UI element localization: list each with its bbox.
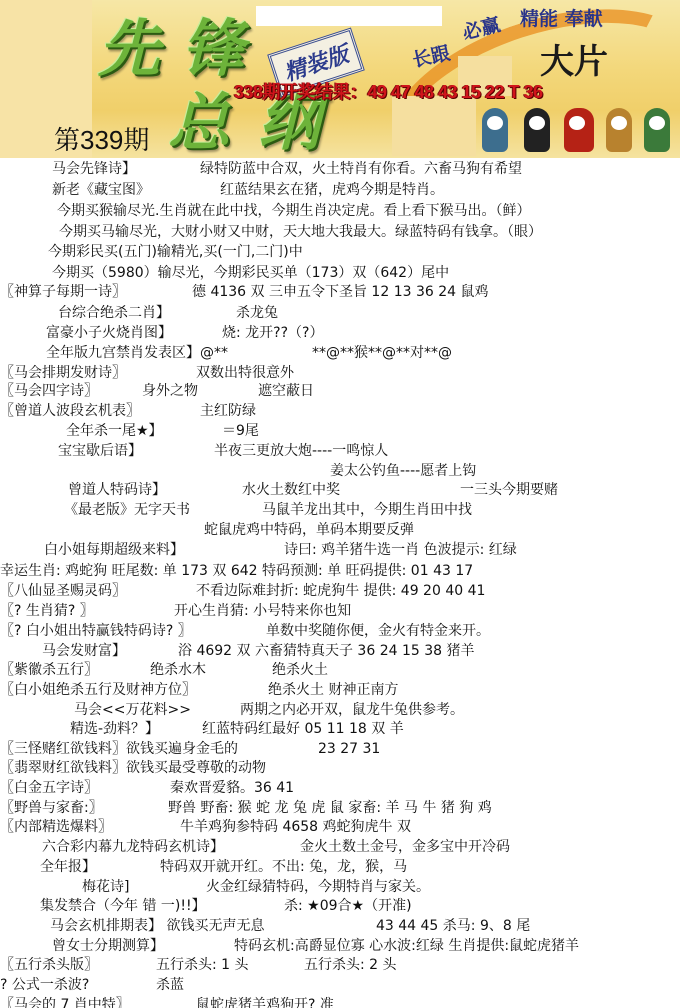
line-label: 〖神算子每期一诗〗 — [0, 283, 126, 301]
line-label: 今期买（5980）输尽光，今期彩民买单（173）双（642）尾中 — [52, 264, 449, 282]
title-char-zong: 总 — [168, 92, 230, 154]
line-label: 全年报】 — [40, 858, 96, 876]
line-value: 一三头今期要赌 — [460, 481, 558, 499]
line-value: 绿特防蓝中合双，火土特肖有你看。六畜马狗有希望 — [200, 160, 522, 178]
line-label: 六合彩内幕九龙特码玄机诗】 — [42, 838, 224, 856]
line-label: 全年杀一尾★】 — [66, 422, 163, 440]
mascot-red — [564, 108, 594, 152]
line-label: 〖白小姐绝杀五行及财神方位〗 — [0, 681, 196, 699]
line-value: 双数出特很意外 — [196, 364, 294, 382]
line-label: 马会发财富】 — [42, 642, 126, 660]
issue-number: 第339期 — [54, 120, 149, 157]
line-value: 诗曰: 鸡羊猪牛选一肖 色波提示: 红绿 — [284, 541, 517, 559]
line-label: 幸运生肖: 鸡蛇狗 旺尾数: 单 173 双 642 特码预测: 单 旺码提供:… — [0, 562, 473, 580]
line-label: 〖? 白小姐出特赢钱特码诗? 〗 — [0, 622, 192, 640]
line-label: 〖三怪赌红欲钱料〗欲钱买遍身金毛的 — [0, 740, 238, 758]
line-label: 今期买猴输尽光.生肖就在此中找，今期生肖决定虎。看上看下猴马出。（鲜） — [57, 202, 530, 220]
line-label: 〖八仙显圣赐灵码〗 — [0, 582, 126, 600]
line-value: **@**猴**@**对**@ — [312, 344, 452, 362]
line-value: 火金红绿猜特码，今期特肖与家关。 — [206, 878, 430, 896]
line-label: 〖五行杀头版〗 — [0, 956, 98, 974]
line-value: 烧: 龙开??（?） — [222, 324, 323, 342]
line-value: 绝杀水木 — [150, 661, 206, 679]
line-value: 红蓝结果玄在猪，虎鸡今期是特肖。 — [220, 181, 444, 199]
line-label: 曾道人特码诗】 — [68, 481, 166, 499]
header-banner: 先 锋 总 纲 精装版 长跟 必赢 精能 奉献 大片 第339期 338期开奖结… — [0, 0, 680, 158]
mascot-black — [524, 108, 550, 152]
line-label: 台综合绝杀二肖】 — [58, 304, 170, 322]
line-label: 〖曾道人波段玄机表〗 — [0, 402, 140, 420]
line-value: 开心生肖猜: 小号特来你也知 — [174, 602, 351, 620]
line-label: 全年版九宫禁肖发表区】@** — [46, 344, 228, 362]
mascot-blue — [482, 108, 508, 152]
line-value: 两期之内必开双，鼠龙牛兔供参考。 — [240, 701, 464, 719]
banner-white-block — [256, 6, 442, 26]
line-value: 杀蓝 — [156, 976, 184, 994]
line-value: 不看边际难封折: 蛇虎狗牛 提供: 49 20 40 41 — [196, 582, 485, 600]
mascot-green — [644, 108, 670, 152]
line-label: 〖马会排期发财诗〗 — [0, 364, 126, 382]
line-label: 〖内部精选爆料〗 — [0, 818, 112, 836]
line-value: 单数中奖随你便，金火有特金来开。 — [266, 622, 490, 640]
line-label: 精选-劲料？】 — [70, 720, 159, 738]
title-char-feng: 锋 — [182, 18, 244, 80]
line-label: 〖紫徽杀五行〗 — [0, 661, 98, 679]
draw-result: 338期开奖结果：49 47 48 43 15 22 T 36 — [234, 78, 543, 104]
line-value: 浴 4692 双 六畜猜特真天子 36 24 15 38 猪羊 — [178, 642, 475, 660]
line-value: 德 4136 双 三申五令下圣旨 12 13 36 24 鼠鸡 — [192, 283, 489, 301]
line-value: 23 27 31 — [318, 740, 380, 758]
line-label: 〖? 生肖猜? 〗 — [0, 602, 94, 620]
line-label: 马会<<万花料>> — [74, 701, 191, 719]
line-label: 曾女士分期测算】 — [52, 937, 164, 955]
title-char-xian: 先 — [98, 18, 160, 80]
banner-pale-block-lower — [392, 96, 476, 156]
line-label: 梅花诗] — [82, 878, 129, 896]
line-value: 主红防绿 — [200, 402, 256, 420]
slogan-jingneng-fengxian: 精能 奉献 — [520, 4, 603, 31]
line-value: 杀龙兔 — [236, 304, 278, 322]
line-value: 43 44 45 杀马: 9、8 尾 — [376, 917, 530, 935]
line-label: 蛇鼠虎鸡中特码，单码本期要反弹 — [204, 521, 414, 539]
slogan-dapian: 大片 — [540, 34, 608, 83]
line-value: 遮空蔽日 — [258, 382, 314, 400]
line-label: 马会玄机排期表】 欲钱买无声无息 — [50, 917, 264, 935]
line-label: 今期买马输尽光，大财小财又中财，天大地大我最大。绿蓝特码有钱拿。（眼） — [59, 223, 542, 241]
line-value: 鼠蛇虎猪羊鸡狗开? 准 — [196, 996, 334, 1008]
line-value: 五行杀头: 1 头 — [156, 956, 249, 974]
line-label: 《最老版》无字天书 — [64, 501, 190, 519]
line-label: 白小姐每期超级来料】 — [44, 541, 184, 559]
line-label: 新老《藏宝图》 — [52, 181, 150, 199]
line-value: 五行杀头: 2 头 — [304, 956, 397, 974]
line-value: 红蓝特码红最好 05 11 18 双 羊 — [202, 720, 404, 738]
line-value: 杀: ★09合★（开准) — [284, 897, 412, 915]
line-label: 〖翡翠财红欲钱料〗欲钱买最受尊敬的动物 — [0, 759, 266, 777]
line-label: 〖马会四字诗〗 — [0, 382, 98, 400]
line-value: 金火土数土金号，金多宝中开冷码 — [300, 838, 510, 856]
line-label: 〖马会的 7 肖中特〗 — [0, 996, 130, 1008]
line-label: 今期彩民买(五门)输精光,买(一门,二门)中 — [48, 243, 303, 261]
line-value: ＝9尾 — [222, 422, 259, 440]
line-value: 特码双开就开红。不出: 兔，龙，猴，马 — [160, 858, 407, 876]
line-label: ? 公式一杀波? — [0, 976, 89, 994]
line-value: 野兽 野畜: 猴 蛇 龙 兔 虎 鼠 家畜: 羊 马 牛 猪 狗 鸡 — [168, 799, 492, 817]
line-value: 秦欢晋爱貉。36 41 — [170, 779, 294, 797]
line-label: 集发禁合（今年 错 一)!!】 — [40, 897, 206, 915]
line-value: 水火土数红中奖 — [242, 481, 340, 499]
line-label: 〖白金五字诗〗 — [0, 779, 98, 797]
line-label: 马会先锋诗】 — [52, 160, 136, 178]
line-label: 富豪小子火烧肖图】 — [46, 324, 172, 342]
line-value: 绝杀火土 — [272, 661, 328, 679]
line-value: 牛羊鸡狗参特码 4658 鸡蛇狗虎牛 双 — [180, 818, 411, 836]
line-value: 马鼠羊龙出其中，今期生肖田中找 — [262, 501, 472, 519]
line-value: 半夜三更放大炮----一鸣惊人 — [214, 442, 388, 460]
line-value: 绝杀火土 财神正南方 — [268, 681, 398, 699]
line-label: 姜太公钓鱼----愿者上钩 — [330, 462, 476, 480]
mascot-yellow — [606, 108, 632, 152]
line-label: 宝宝歇后语】 — [58, 442, 142, 460]
line-label: 〖野兽与家畜:〗 — [0, 799, 103, 817]
line-value: 身外之物 — [142, 382, 198, 400]
line-value: 特码玄机:高爵显位寡 心水波:红绿 生肖提供:鼠蛇虎猪羊 — [234, 937, 579, 955]
